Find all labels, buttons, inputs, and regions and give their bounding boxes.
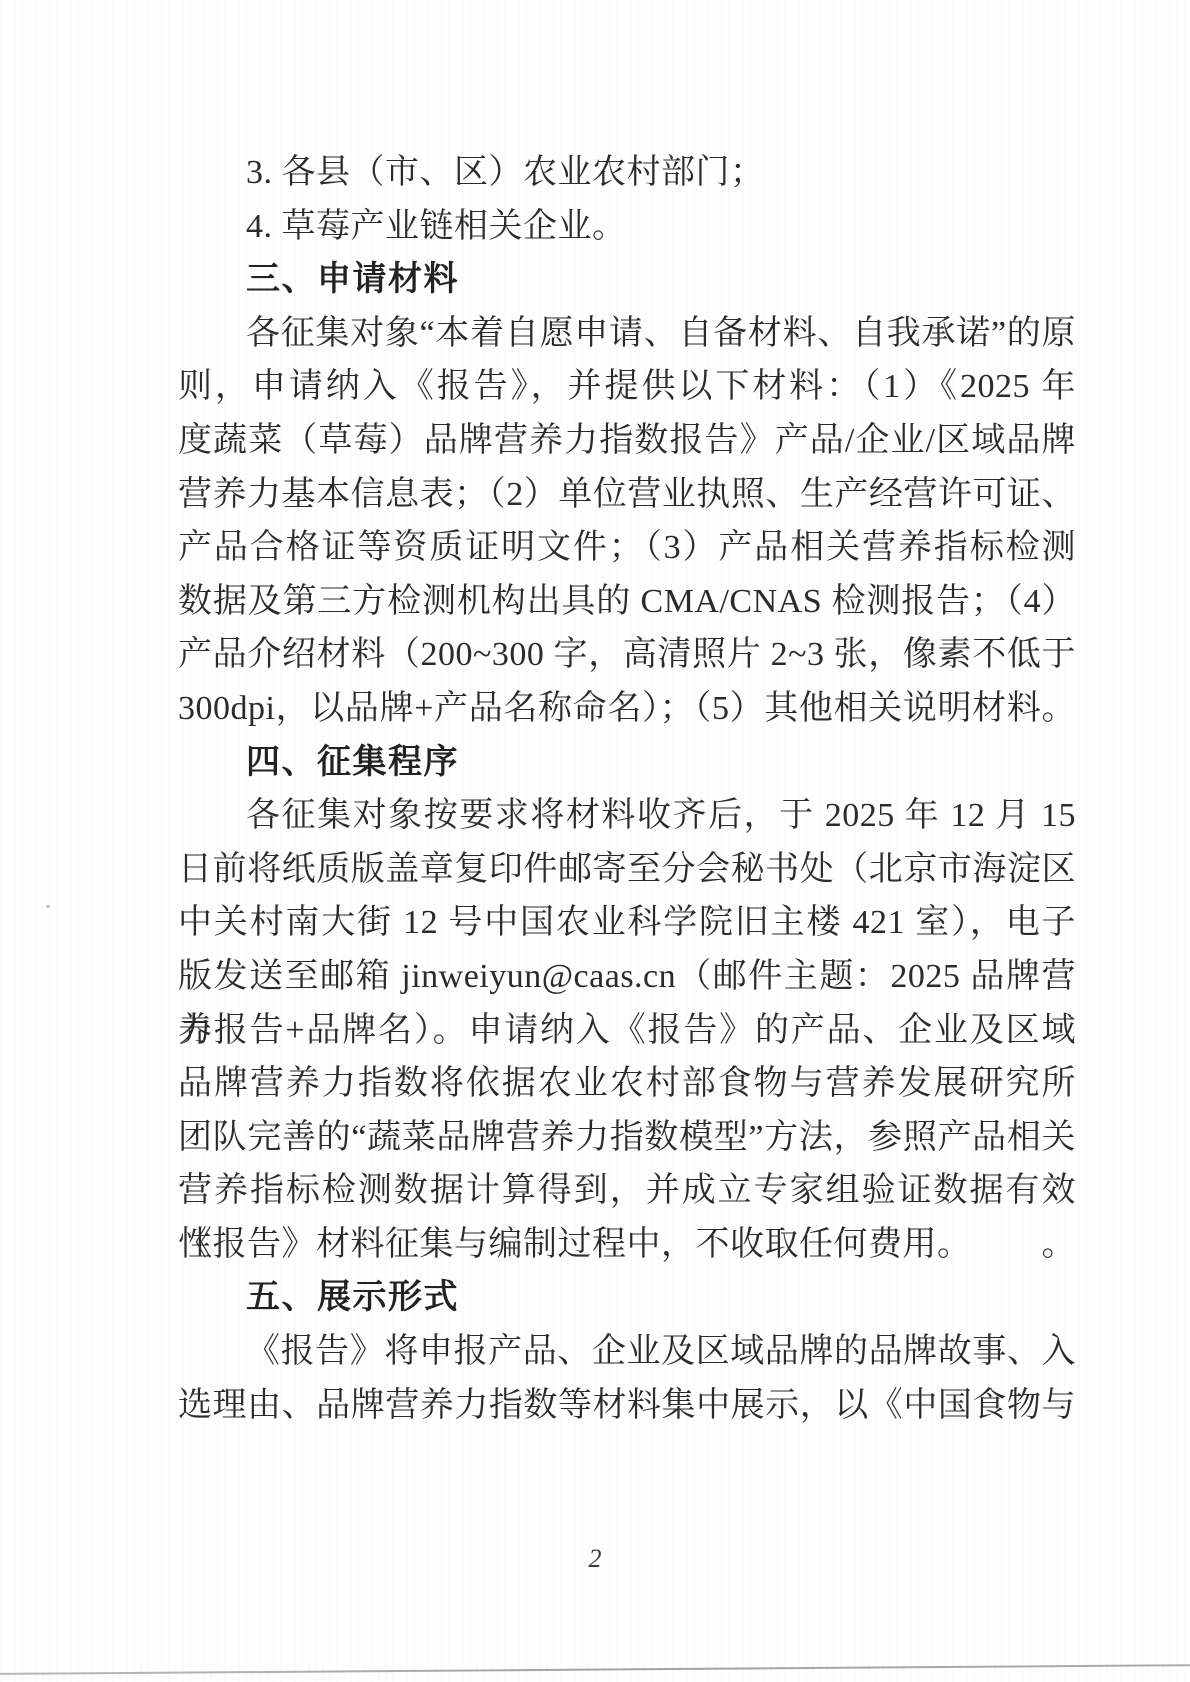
paragraph-line: 产品合格证等资质证明文件；（3）产品相关营养指标检测 bbox=[178, 521, 1076, 575]
page-number: 2 bbox=[0, 1544, 1190, 1574]
paragraph-line: 各征集对象按要求将材料收齐后，于 2025 年 12 月 15 bbox=[178, 789, 1076, 843]
list-item-3: 3. 各县（市、区）农业农村部门； bbox=[178, 146, 1076, 200]
section-heading-5: 五、展示形式 bbox=[178, 1271, 1076, 1325]
paragraph-line: 各征集对象“本着自愿申请、自备材料、自我承诺”的原 bbox=[178, 307, 1076, 361]
list-item-4: 4. 草莓产业链相关企业。 bbox=[178, 200, 1076, 254]
section-heading-4: 四、征集程序 bbox=[178, 736, 1076, 790]
paragraph-line: 营养指标检测数据计算得到，并成立专家组验证数据有效性。 bbox=[178, 1164, 1076, 1218]
paragraph-line: 产品介绍材料（200~300 字，高清照片 2~3 张，像素不低于 bbox=[178, 628, 1076, 682]
scan-speck bbox=[46, 905, 50, 908]
paragraph-line: 日前将纸质版盖章复印件邮寄至分会秘书处（北京市海淀区 bbox=[178, 843, 1076, 897]
paragraph-line: 团队完善的“蔬菜品牌营养力指数模型”方法，参照产品相关 bbox=[178, 1111, 1076, 1165]
document-page: 3. 各县（市、区）农业农村部门； 4. 草莓产业链相关企业。 三、申请材料 各… bbox=[0, 0, 1190, 1682]
document-body: 3. 各县（市、区）农业农村部门； 4. 草莓产业链相关企业。 三、申请材料 各… bbox=[178, 146, 1076, 1432]
paragraph-line: 则，申请纳入《报告》，并提供以下材料：（1）《2025 年 bbox=[178, 360, 1076, 414]
paragraph-line: 选理由、品牌营养力指数等材料集中展示，以《中国食物与 bbox=[178, 1379, 1076, 1433]
paragraph-line: 《报告》将申报产品、企业及区域品牌的品牌故事、入 bbox=[178, 1325, 1076, 1379]
paragraph-line: 300dpi，以品牌+产品名称命名）；（5）其他相关说明材料。 bbox=[178, 682, 1076, 736]
paragraph-line: 力报告+品牌名）。申请纳入《报告》的产品、企业及区域 bbox=[178, 1004, 1076, 1058]
paragraph-line: 度蔬菜（草莓）品牌营养力指数报告》产品/企业/区域品牌 bbox=[178, 414, 1076, 468]
paragraph-line: 营养力基本信息表；（2）单位营业执照、生产经营许可证、 bbox=[178, 468, 1076, 522]
paragraph-line: 《报告》材料征集与编制过程中，不收取任何费用。 bbox=[178, 1218, 1076, 1272]
paragraph-line: 中关村南大街 12 号中国农业科学院旧主楼 421 室），电子 bbox=[178, 896, 1076, 950]
paragraph-line: 品牌营养力指数将依据农业农村部食物与营养发展研究所 bbox=[178, 1057, 1076, 1111]
paragraph-line: 数据及第三方检测机构出具的 CMA/CNAS 检测报告；（4） bbox=[178, 575, 1076, 629]
scan-edge-line bbox=[0, 1664, 1190, 1675]
section-heading-3: 三、申请材料 bbox=[178, 253, 1076, 307]
paragraph-line-email: 版发送至邮箱 jinweiyun@caas.cn（邮件主题：2025 品牌营养 bbox=[178, 950, 1076, 1004]
